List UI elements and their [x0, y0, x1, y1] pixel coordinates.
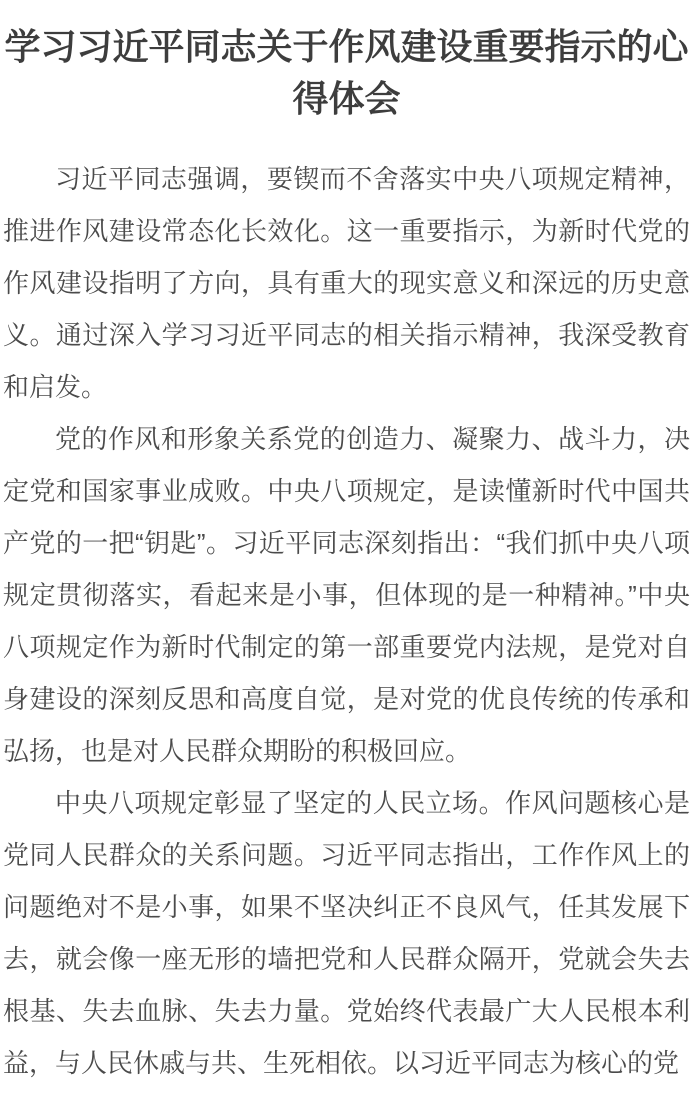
document-page: 学习习近平同志关于作风建设重要指示的心得体会 习近平同志强调，要锲而不舍落实中央… — [0, 0, 693, 1097]
article-paragraph-2: 党的作风和形象关系党的创造力、凝聚力、战斗力，决定党和国家事业成败。中央八项规定… — [0, 413, 693, 777]
article-paragraph-1: 习近平同志强调，要锲而不舍落实中央八项规定精神，推进作风建设常态化长效化。这一重… — [0, 153, 693, 413]
article-paragraph-3: 中央八项规定彰显了坚定的人民立场。作风问题核心是党同人民群众的关系问题。习近平同… — [0, 777, 693, 1089]
article-body: 习近平同志强调，要锲而不舍落实中央八项规定精神，推进作风建设常态化长效化。这一重… — [0, 153, 693, 1089]
article-title: 学习习近平同志关于作风建设重要指示的心得体会 — [4, 21, 689, 125]
